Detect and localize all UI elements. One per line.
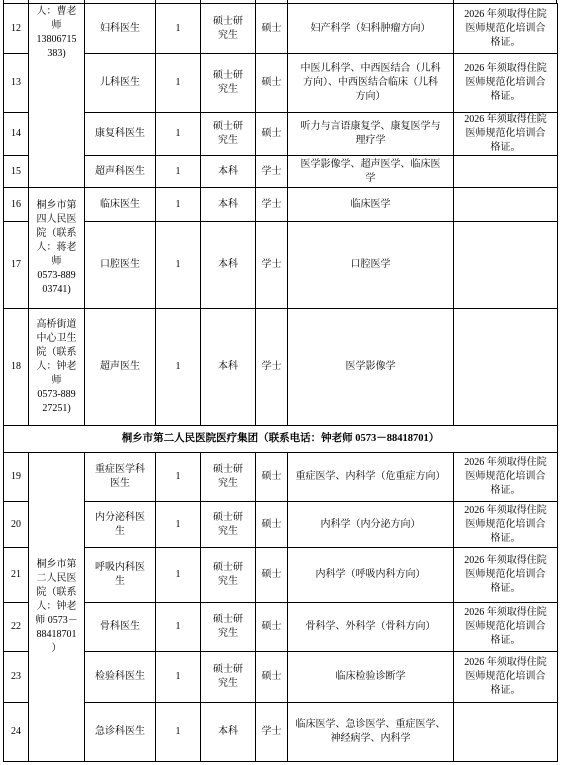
education-cell: 硕士研 究生 xyxy=(201,548,256,603)
major-cell: 中医儿科学、中西医结合（儿科 方向）、中西医结合临床（儿科 方向） xyxy=(288,54,454,113)
row-number-cell: 19 xyxy=(4,453,29,502)
group-header-cell: 桐乡市第二人民医院医疗集团（联系电话：钟老师 0573－88418701） xyxy=(4,426,558,453)
education-cell: 本科 xyxy=(201,222,256,309)
tick xyxy=(3,0,4,3)
hospital-cell: 人：曹老 师 13806715 383) xyxy=(29,4,85,188)
education-cell: 硕士研 究生 xyxy=(201,502,256,548)
group-header-row: 桐乡市第二人民医院医疗集团（联系电话：钟老师 0573－88418701） xyxy=(4,426,558,453)
row-number-cell: 16 xyxy=(4,188,29,222)
degree-cell: 硕士 xyxy=(256,548,288,603)
position-cell: 临床医生 xyxy=(85,188,156,222)
count-cell: 1 xyxy=(156,603,201,652)
count-cell: 1 xyxy=(156,54,201,113)
major-cell: 听力与言语康复学、康复医学与 理疗学 xyxy=(288,113,454,156)
table-row: 15 超声科医生 1 本科 学士 医学影像学、超声医学、临床医 学 xyxy=(4,156,558,188)
row-number-cell: 17 xyxy=(4,222,29,309)
position-cell: 儿科医生 xyxy=(85,54,156,113)
note-cell xyxy=(454,188,558,222)
table-row: 16 桐乡市第 四人民医 院（联系 人：蒋老 师 0573-889 03741)… xyxy=(4,188,558,222)
note-cell xyxy=(454,309,558,426)
row-number-cell: 18 xyxy=(4,309,29,426)
count-cell: 1 xyxy=(156,156,201,188)
row-number-cell: 23 xyxy=(4,652,29,703)
position-cell: 妇科医生 xyxy=(85,4,156,54)
tick xyxy=(155,0,156,3)
position-cell: 重症医学科 医生 xyxy=(85,453,156,502)
note-cell: 2026 年须取得住院 医师规范化培训合 格证。 xyxy=(454,113,558,156)
degree-cell: 学士 xyxy=(256,309,288,426)
tick xyxy=(453,0,454,3)
count-cell: 1 xyxy=(156,453,201,502)
row-number-cell: 24 xyxy=(4,703,29,762)
tick xyxy=(255,0,256,3)
major-cell: 口腔医学 xyxy=(288,222,454,309)
degree-cell: 硕士 xyxy=(256,54,288,113)
major-cell: 内科学（呼吸内科方向） xyxy=(288,548,454,603)
row-number-cell: 12 xyxy=(4,4,29,54)
tick xyxy=(84,0,85,3)
education-cell: 本科 xyxy=(201,156,256,188)
table-row: 22 骨科医生 1 硕士研 究生 硕士 骨科学、外科学（骨科方向） 2026 年… xyxy=(4,603,558,652)
education-cell: 硕士研 究生 xyxy=(201,453,256,502)
degree-cell: 硕士 xyxy=(256,502,288,548)
note-cell: 2026 年须取得住院 医师规范化培训合 格证。 xyxy=(454,453,558,502)
major-cell: 临床医学、急诊医学、重症医学、 神经病学、内科学 xyxy=(288,703,454,762)
count-cell: 1 xyxy=(156,502,201,548)
major-cell: 内科学（内分泌方向） xyxy=(288,502,454,548)
count-cell: 1 xyxy=(156,188,201,222)
education-cell: 硕士研 究生 xyxy=(201,603,256,652)
hospital-cell: 桐乡市第 四人民医 院（联系 人：蒋老 师 0573-889 03741) xyxy=(29,188,85,309)
education-cell: 硕士研 究生 xyxy=(201,4,256,54)
major-cell: 临床医学 xyxy=(288,188,454,222)
degree-cell: 学士 xyxy=(256,222,288,309)
row-number-cell: 13 xyxy=(4,54,29,113)
recruitment-table: 12 人：曹老 师 13806715 383) 妇科医生 1 硕士研 究生 硕士… xyxy=(3,3,558,762)
row-number-cell: 21 xyxy=(4,548,29,603)
note-cell: 2026 年须取得住院 医师规范化培训合 格证。 xyxy=(454,548,558,603)
position-cell: 口腔医生 xyxy=(85,222,156,309)
note-cell xyxy=(454,156,558,188)
table-row: 24 急诊科医生 1 本科 学士 临床医学、急诊医学、重症医学、 神经病学、内科… xyxy=(4,703,558,762)
count-cell: 1 xyxy=(156,652,201,703)
count-cell: 1 xyxy=(156,703,201,762)
position-cell: 检验科医生 xyxy=(85,652,156,703)
table-row: 13 儿科医生 1 硕士研 究生 硕士 中医儿科学、中西医结合（儿科 方向）、中… xyxy=(4,54,558,113)
hospital-cell: 高桥街道 中心卫生 院（联系 人：钟老 师 0573-889 27251) xyxy=(29,309,85,426)
major-cell: 重症医学、内科学（危重症方向） xyxy=(288,453,454,502)
education-cell: 本科 xyxy=(201,188,256,222)
table-row: 18 高桥街道 中心卫生 院（联系 人：钟老 师 0573-889 27251)… xyxy=(4,309,558,426)
table-row: 21 呼吸内科医 生 1 硕士研 究生 硕士 内科学（呼吸内科方向） 2026 … xyxy=(4,548,558,603)
count-cell: 1 xyxy=(156,113,201,156)
note-cell: 2026 年须取得住院 医师规范化培训合 格证。 xyxy=(454,4,558,54)
row-number-cell: 15 xyxy=(4,156,29,188)
position-cell: 超声科医生 xyxy=(85,156,156,188)
count-cell: 1 xyxy=(156,222,201,309)
position-cell: 超声医生 xyxy=(85,309,156,426)
degree-cell: 硕士 xyxy=(256,603,288,652)
note-cell: 2026 年须取得住院 医师规范化培训合 格证。 xyxy=(454,652,558,703)
major-cell: 临床检验诊断学 xyxy=(288,652,454,703)
position-cell: 骨科医生 xyxy=(85,603,156,652)
note-cell: 2026 年须取得住院 医师规范化培训合 格证。 xyxy=(454,54,558,113)
degree-cell: 硕士 xyxy=(256,652,288,703)
note-cell: 2026 年须取得住院 医师规范化培训合 格证。 xyxy=(454,502,558,548)
table-row: 19 桐乡市第 二人民医 院（联系 人：钟老 师 0573－ 88418701 … xyxy=(4,453,558,502)
table-row: 14 康复科医生 1 硕士研 究生 硕士 听力与言语康复学、康复医学与 理疗学 … xyxy=(4,113,558,156)
hospital-cell: 桐乡市第 二人民医 院（联系 人：钟老 师 0573－ 88418701 ） xyxy=(29,453,85,762)
major-cell: 妇产科学（妇科肿瘤方向） xyxy=(288,4,454,54)
row-number-cell: 22 xyxy=(4,603,29,652)
major-cell: 医学影像学 xyxy=(288,309,454,426)
position-cell: 内分泌科医 生 xyxy=(85,502,156,548)
table-row: 12 人：曹老 师 13806715 383) 妇科医生 1 硕士研 究生 硕士… xyxy=(4,4,558,54)
degree-cell: 学士 xyxy=(256,703,288,762)
degree-cell: 硕士 xyxy=(256,453,288,502)
major-cell: 骨科学、外科学（骨科方向） xyxy=(288,603,454,652)
education-cell: 硕士研 究生 xyxy=(201,652,256,703)
position-cell: 康复科医生 xyxy=(85,113,156,156)
page-continuation-ticks xyxy=(0,0,561,3)
tick xyxy=(287,0,288,3)
degree-cell: 硕士 xyxy=(256,4,288,54)
tick xyxy=(28,0,29,3)
degree-cell: 硕士 xyxy=(256,113,288,156)
major-cell: 医学影像学、超声医学、临床医 学 xyxy=(288,156,454,188)
education-cell: 硕士研 究生 xyxy=(201,54,256,113)
position-cell: 急诊科医生 xyxy=(85,703,156,762)
count-cell: 1 xyxy=(156,548,201,603)
note-cell xyxy=(454,222,558,309)
education-cell: 本科 xyxy=(201,309,256,426)
education-cell: 本科 xyxy=(201,703,256,762)
education-cell: 硕士研 究生 xyxy=(201,113,256,156)
position-cell: 呼吸内科医 生 xyxy=(85,548,156,603)
table-row: 20 内分泌科医 生 1 硕士研 究生 硕士 内科学（内分泌方向） 2026 年… xyxy=(4,502,558,548)
note-cell: 2026 年须取得住院 医师规范化培训合 格证。 xyxy=(454,603,558,652)
degree-cell: 学士 xyxy=(256,188,288,222)
table-row: 17 口腔医生 1 本科 学士 口腔医学 xyxy=(4,222,558,309)
note-cell xyxy=(454,703,558,762)
degree-cell: 学士 xyxy=(256,156,288,188)
tick xyxy=(200,0,201,3)
tick xyxy=(556,0,557,3)
table-row: 23 检验科医生 1 硕士研 究生 硕士 临床检验诊断学 2026 年须取得住院… xyxy=(4,652,558,703)
row-number-cell: 14 xyxy=(4,113,29,156)
count-cell: 1 xyxy=(156,4,201,54)
row-number-cell: 20 xyxy=(4,502,29,548)
count-cell: 1 xyxy=(156,309,201,426)
